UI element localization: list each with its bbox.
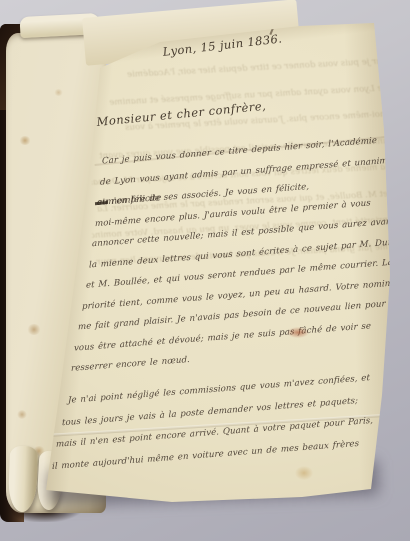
foxing-spot (17, 410, 27, 419)
ink-stain (287, 327, 309, 338)
crossed-out-word: et (97, 197, 106, 208)
letter-paragraph-2: Je n'ai point négligé les commissions qu… (52, 366, 402, 479)
letter-paragraph-1: Car je puis vous donner ce titre depuis … (56, 129, 402, 381)
foxing-spot (27, 324, 41, 335)
foxing-spot (295, 466, 313, 480)
foxing-spot (19, 136, 31, 145)
photo-of-letter-in-book: Car je puis vous donner ce titre depuis … (0, 0, 410, 541)
foxing-spot (54, 89, 63, 96)
